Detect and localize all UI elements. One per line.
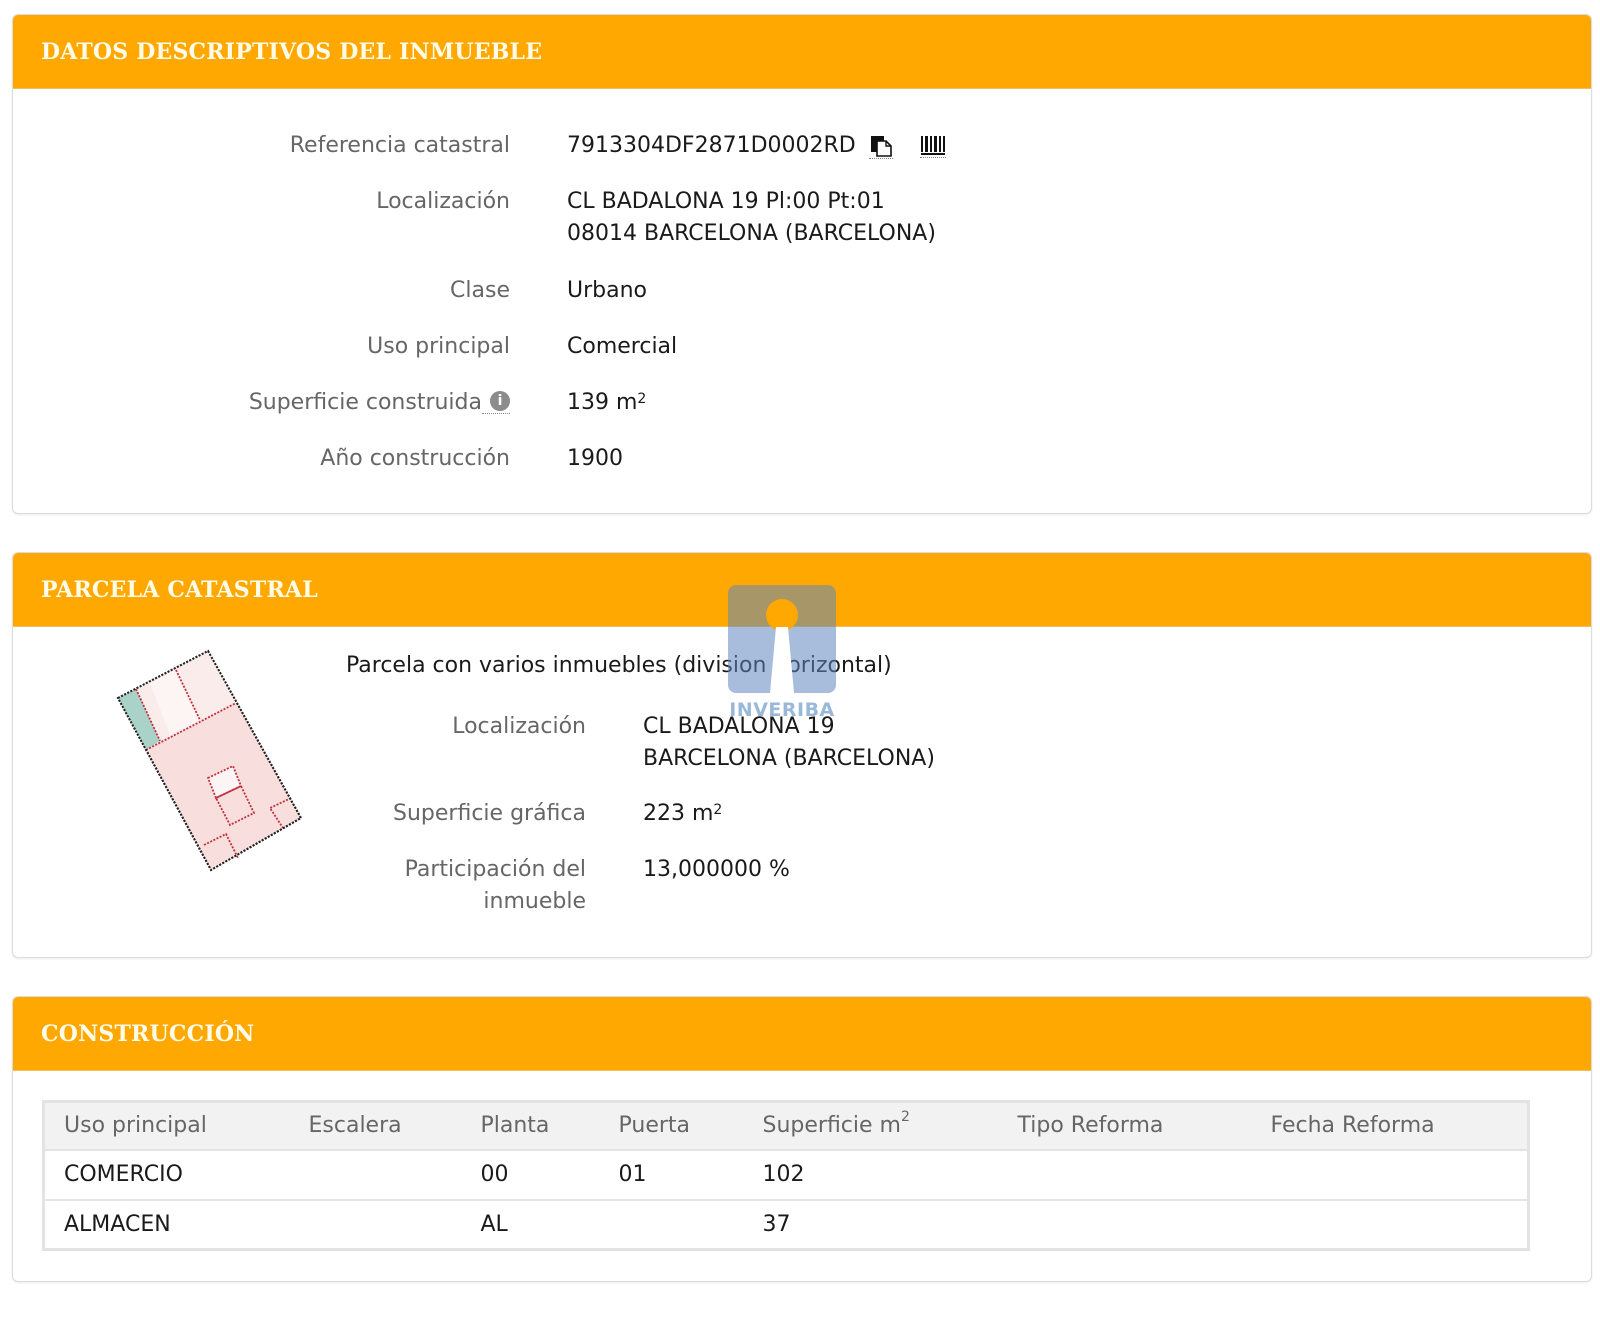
table-row: COMERCIO 00 01 102 bbox=[44, 1150, 1529, 1200]
field-superficie-construida: Superficie construidai 139 m2 bbox=[13, 387, 646, 419]
field-superficie-grafica: Superficie gráfica 223 m2 bbox=[13, 798, 722, 830]
table-header-row: Uso principal Escalera Planta Puerta Sup… bbox=[44, 1102, 1529, 1150]
field-label-line2: inmueble bbox=[13, 886, 586, 918]
cell-tipo-reforma bbox=[999, 1150, 1252, 1200]
unit-superscript: 2 bbox=[713, 802, 722, 818]
datos-descriptivos-panel: DATOS DESCRIPTIVOS DEL INMUEBLE Referenc… bbox=[12, 14, 1592, 514]
field-label: Localización bbox=[13, 186, 510, 250]
cell-escalera bbox=[290, 1150, 462, 1200]
parcela-catastral-panel: PARCELA CATASTRAL Parcela con varios inm… bbox=[12, 552, 1592, 958]
table-row: ALMACEN AL 37 bbox=[44, 1200, 1529, 1250]
field-label: Superficie gráfica bbox=[13, 798, 586, 830]
referencia-catastral-value: 7913304DF2871D0002RD bbox=[567, 133, 856, 158]
column-header-tipo-reforma: Tipo Reforma bbox=[999, 1102, 1252, 1150]
cell-puerta bbox=[600, 1200, 744, 1250]
cell-uso: ALMACEN bbox=[44, 1200, 290, 1250]
anio-construccion-value: 1900 bbox=[567, 443, 623, 475]
datos-descriptivos-header: DATOS DESCRIPTIVOS DEL INMUEBLE bbox=[13, 15, 1591, 89]
field-label: Referencia catastral bbox=[13, 130, 510, 162]
column-header-uso: Uso principal bbox=[44, 1102, 290, 1150]
construccion-table: Uso principal Escalera Planta Puerta Sup… bbox=[42, 1100, 1530, 1251]
field-label: Año construcción bbox=[13, 443, 510, 475]
field-label-line1: Participación del bbox=[13, 854, 586, 886]
column-header-planta: Planta bbox=[462, 1102, 600, 1150]
field-label: Localización bbox=[13, 711, 586, 775]
copy-icon[interactable] bbox=[869, 134, 893, 159]
cell-puerta: 01 bbox=[600, 1150, 744, 1200]
cell-tipo-reforma bbox=[999, 1200, 1252, 1250]
info-icon[interactable]: i bbox=[490, 391, 510, 411]
column-header-fecha-reforma: Fecha Reforma bbox=[1252, 1102, 1529, 1150]
parcela-localizacion-line1: CL BADALONA 19 bbox=[643, 711, 935, 743]
superficie-construida-value: 139 m bbox=[567, 390, 637, 415]
field-uso-principal: Uso principal Comercial bbox=[13, 331, 677, 363]
localizacion-line2: 08014 BARCELONA (BARCELONA) bbox=[567, 218, 936, 250]
field-label: Clase bbox=[13, 275, 510, 307]
construccion-panel: CONSTRUCCIÓN Uso principal Escalera Plan… bbox=[12, 996, 1592, 1282]
cell-escalera bbox=[290, 1200, 462, 1250]
parcela-localizacion-line2: BARCELONA (BARCELONA) bbox=[643, 743, 935, 775]
cell-fecha-reforma bbox=[1252, 1200, 1529, 1250]
parcela-subtitle: Parcela con varios inmuebles (division h… bbox=[346, 653, 892, 678]
unit-superscript: 2 bbox=[637, 391, 646, 407]
field-label: Superficie construida bbox=[249, 390, 482, 415]
field-parcela-localizacion: Localización CL BADALONA 19 BARCELONA (B… bbox=[13, 711, 935, 775]
participacion-value: 13,000000 % bbox=[643, 854, 790, 918]
uso-principal-value: Comercial bbox=[567, 331, 677, 363]
cell-superficie: 37 bbox=[744, 1200, 999, 1250]
column-header-puerta: Puerta bbox=[600, 1102, 744, 1150]
localizacion-line1: CL BADALONA 19 Pl:00 Pt:01 bbox=[567, 186, 936, 218]
section-title: DATOS DESCRIPTIVOS DEL INMUEBLE bbox=[41, 39, 542, 65]
superficie-grafica-value: 223 m bbox=[643, 801, 713, 826]
field-participacion: Participación del inmueble 13,000000 % bbox=[13, 854, 790, 918]
field-referencia-catastral: Referencia catastral 7913304DF2871D0002R… bbox=[13, 130, 946, 162]
field-anio-construccion: Año construcción 1900 bbox=[13, 443, 623, 475]
column-header-superficie: Superficie m2 bbox=[744, 1102, 999, 1150]
clase-value: Urbano bbox=[567, 275, 647, 307]
cell-superficie: 102 bbox=[744, 1150, 999, 1200]
field-localizacion: Localización CL BADALONA 19 Pl:00 Pt:01 … bbox=[13, 186, 936, 250]
construccion-header: CONSTRUCCIÓN bbox=[13, 997, 1591, 1071]
parcela-catastral-header: PARCELA CATASTRAL bbox=[13, 553, 1591, 627]
cell-fecha-reforma bbox=[1252, 1150, 1529, 1200]
field-label: Uso principal bbox=[13, 331, 510, 363]
cell-planta: 00 bbox=[462, 1150, 600, 1200]
section-title: CONSTRUCCIÓN bbox=[41, 1021, 255, 1047]
field-clase: Clase Urbano bbox=[13, 275, 647, 307]
barcode-icon[interactable] bbox=[920, 135, 946, 158]
cell-planta: AL bbox=[462, 1200, 600, 1250]
cell-uso: COMERCIO bbox=[44, 1150, 290, 1200]
column-header-escalera: Escalera bbox=[290, 1102, 462, 1150]
section-title: PARCELA CATASTRAL bbox=[41, 577, 318, 603]
